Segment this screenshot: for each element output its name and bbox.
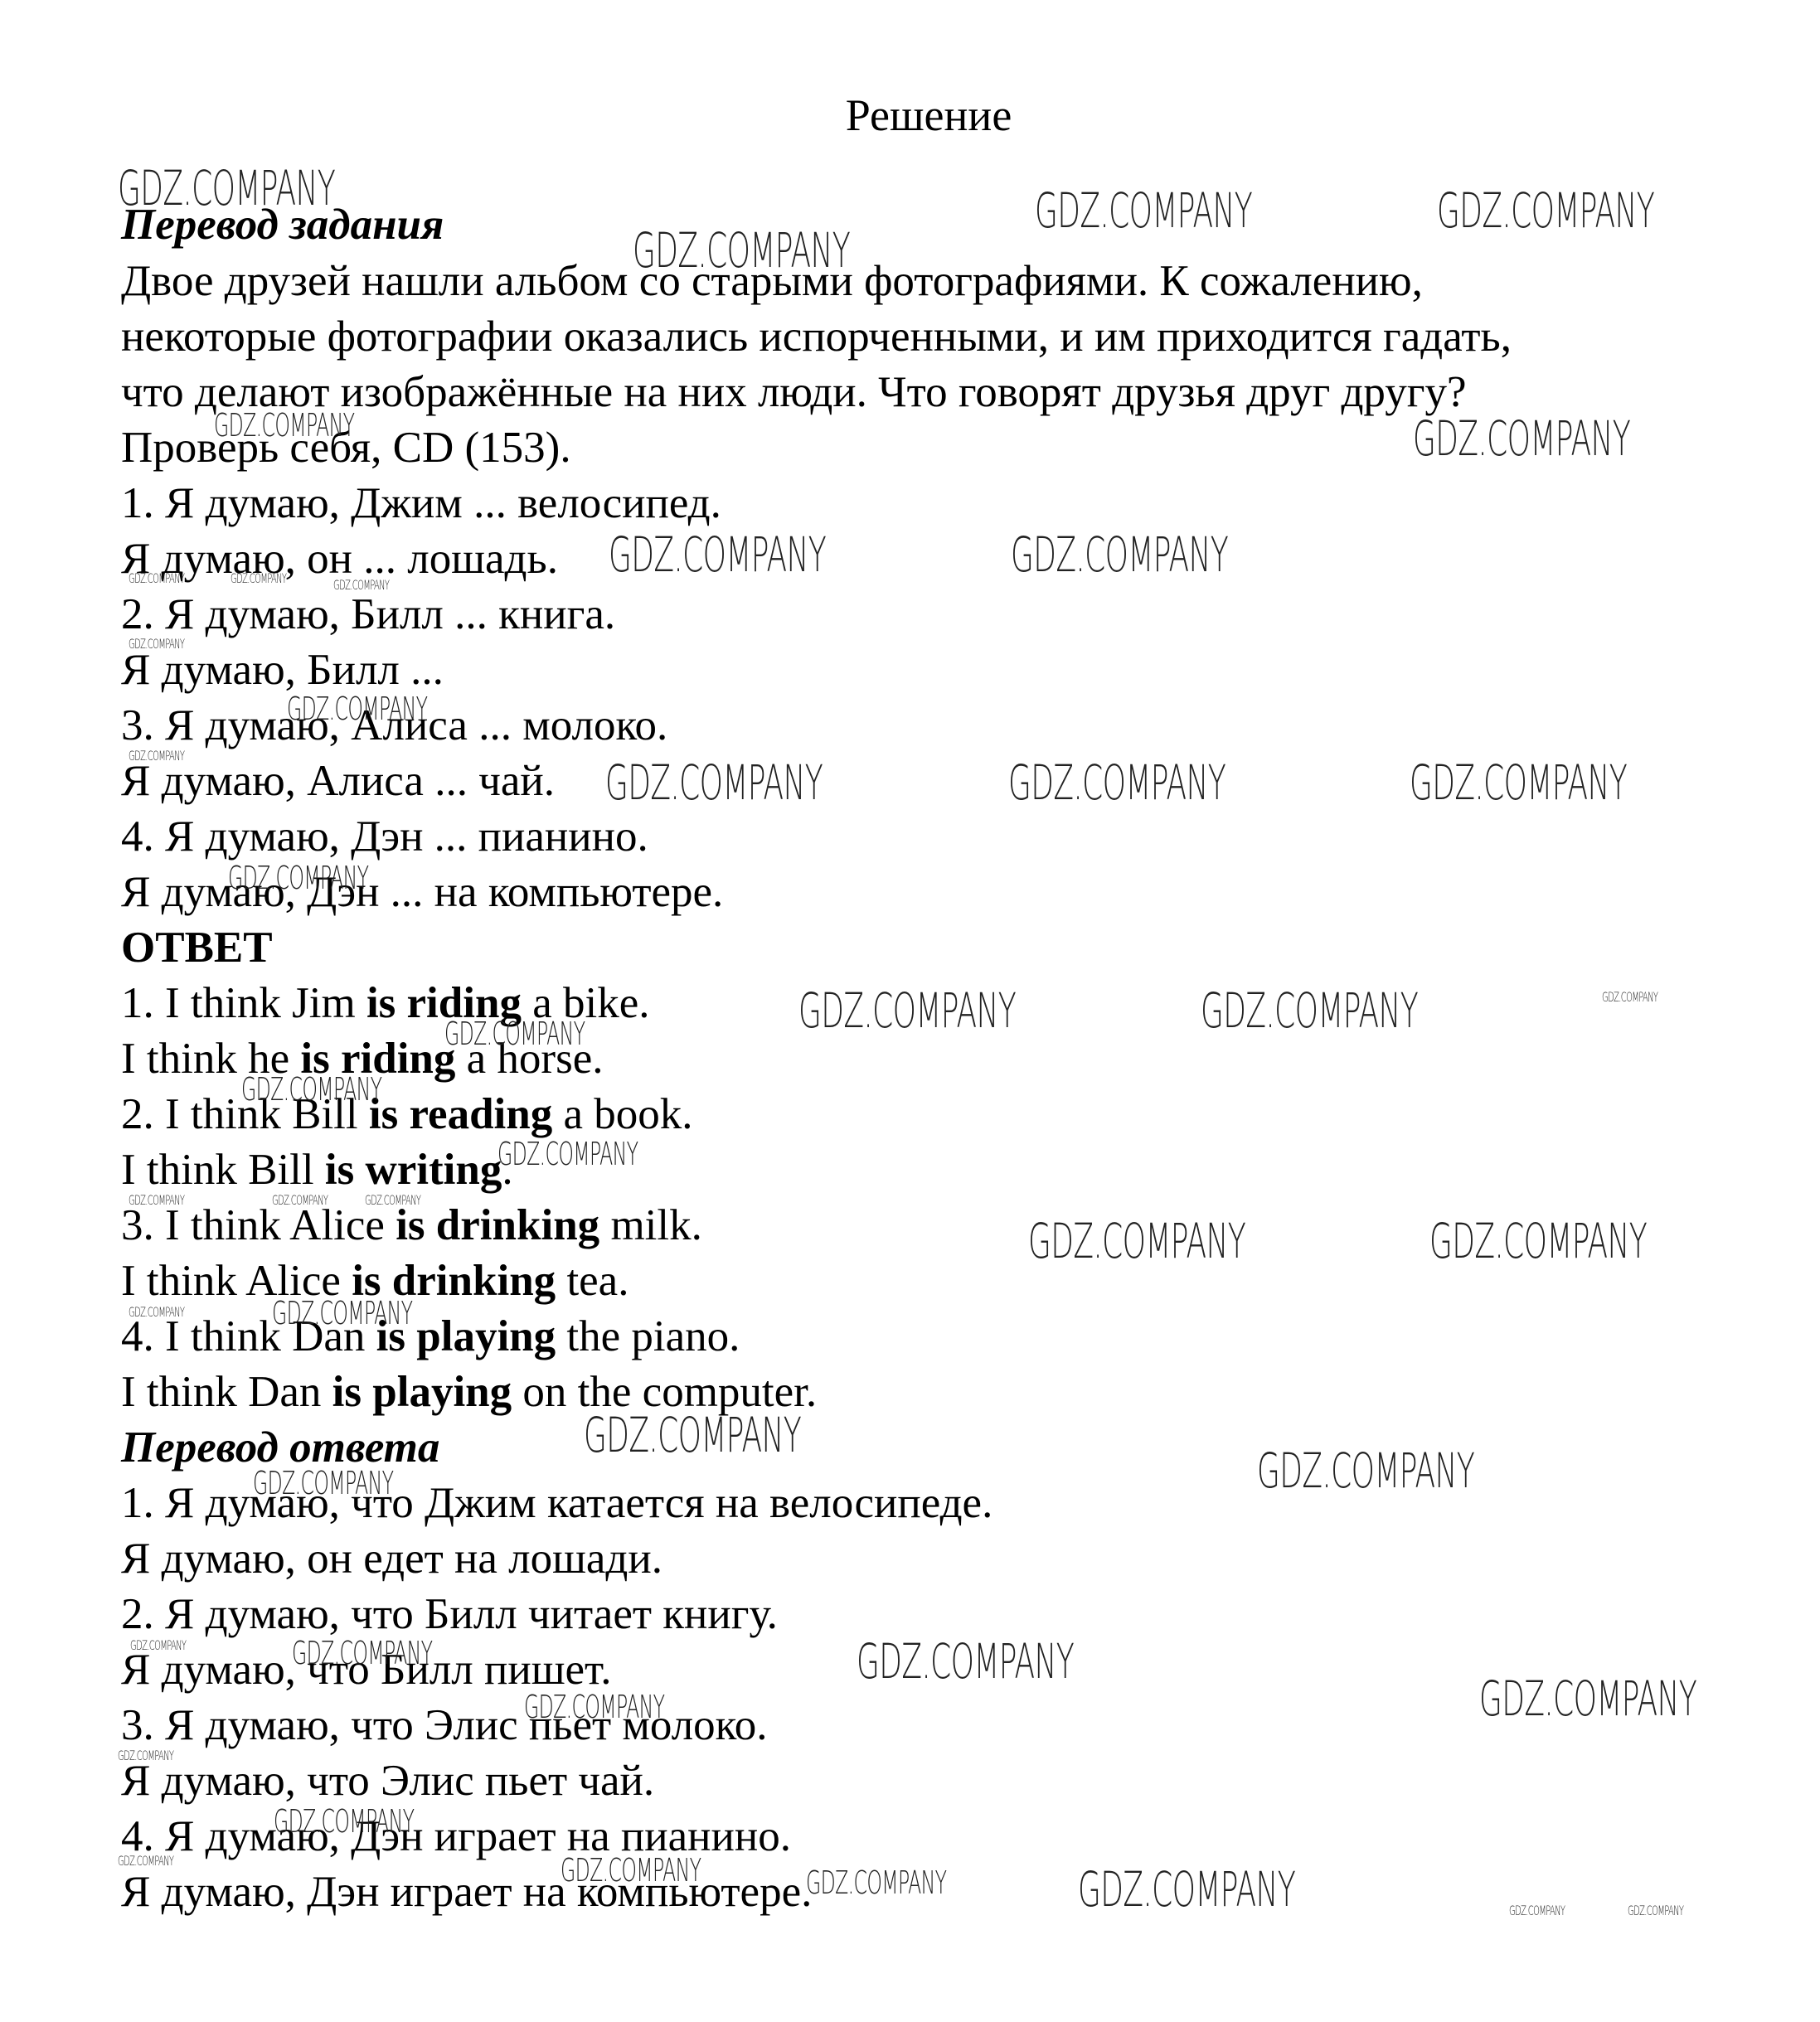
watermark: GDZ.COMPANY — [444, 1018, 585, 1050]
answer-heading: ОТВЕТ — [121, 926, 273, 970]
task-item: Я думаю, он ... лошадь. — [121, 537, 558, 581]
watermark: GDZ.COMPANY — [1429, 1217, 1647, 1265]
watermark: GDZ.COMPANY — [287, 693, 427, 725]
watermark: GDZ.COMPANY — [253, 1467, 393, 1499]
watermark: GDZ.COMPANY — [609, 531, 826, 579]
task-item: 1. Я думаю, Джим ... велосипед. — [121, 482, 721, 526]
watermark: GDZ.COMPANY — [129, 572, 184, 585]
task-text-line: некоторые фотографии оказались испорченн… — [121, 315, 1512, 359]
watermark: GDZ.COMPANY — [1410, 759, 1627, 807]
watermark: GDZ.COMPANY — [272, 1194, 328, 1207]
translation-line: 1. Я думаю, что Джим катается на велосип… — [121, 1481, 993, 1525]
watermark: GDZ.COMPANY — [228, 862, 368, 894]
watermark: GDZ.COMPANY — [524, 1691, 664, 1723]
watermark: GDZ.COMPANY — [231, 572, 286, 585]
translation-line: 2. Я думаю, что Билл читает книгу. — [121, 1593, 778, 1637]
watermark: GDZ.COMPANY — [1201, 987, 1418, 1035]
watermark: GDZ.COMPANY — [857, 1637, 1074, 1685]
watermark: GDZ.COMPANY — [129, 638, 184, 651]
watermark: GDZ.COMPANY — [561, 1855, 701, 1886]
watermark: GDZ.COMPANY — [129, 749, 184, 763]
watermark: GDZ.COMPANY — [1035, 187, 1252, 235]
watermark: GDZ.COMPANY — [633, 226, 850, 274]
watermark: GDZ.COMPANY — [241, 1074, 381, 1105]
watermark: GDZ.COMPANY — [130, 1639, 186, 1652]
watermark: GDZ.COMPANY — [118, 1855, 173, 1868]
watermark: GDZ.COMPANY — [365, 1194, 420, 1207]
watermark: GDZ.COMPANY — [118, 1749, 173, 1763]
translation-line: Я думаю, Дэн играет на компьютере. — [121, 1870, 812, 1914]
watermark: GDZ.COMPANY — [129, 1306, 184, 1319]
task-item: 4. Я думаю, Дэн ... пианино. — [121, 815, 648, 859]
watermark: GDZ.COMPANY — [1078, 1865, 1295, 1913]
answer-line: 2. I think Bill is reading a book. — [121, 1093, 693, 1137]
watermark: GDZ.COMPANY — [605, 759, 823, 807]
watermark: GDZ.COMPANY — [497, 1138, 638, 1170]
page-title: Решение — [0, 90, 1820, 141]
watermark: GDZ.COMPANY — [1479, 1675, 1696, 1723]
watermark: GDZ.COMPANY — [806, 1867, 946, 1898]
translation-line: Я думаю, что Элис пьет чай. — [121, 1759, 654, 1803]
watermark: GDZ.COMPANY — [1011, 531, 1228, 579]
watermark: GDZ.COMPANY — [1413, 415, 1630, 463]
watermark: GDZ.COMPANY — [118, 164, 335, 212]
watermark: GDZ.COMPANY — [798, 987, 1016, 1035]
answer-line: 3. I think Alice is drinking milk. — [121, 1204, 702, 1248]
task-item: Я думаю, Билл ... — [121, 648, 444, 692]
watermark: GDZ.COMPANY — [272, 1297, 412, 1329]
watermark: GDZ.COMPANY — [274, 1806, 414, 1837]
task-item: Я думаю, Дэн ... на компьютере. — [121, 870, 723, 914]
translation-heading: Перевод ответа — [121, 1426, 439, 1470]
translation-line: 3. Я думаю, что Элис пьет молоко. — [121, 1704, 767, 1748]
watermark: GDZ.COMPANY — [1509, 1904, 1565, 1918]
watermark: GDZ.COMPANY — [333, 579, 389, 592]
watermark: GDZ.COMPANY — [129, 1194, 184, 1207]
watermark: GDZ.COMPANY — [1602, 991, 1657, 1004]
watermark: GDZ.COMPANY — [584, 1411, 801, 1459]
task-item: Я думаю, Алиса ... чай. — [121, 759, 555, 803]
watermark: GDZ.COMPANY — [1008, 759, 1225, 807]
watermark: GDZ.COMPANY — [1628, 1904, 1683, 1918]
watermark: GDZ.COMPANY — [1257, 1447, 1474, 1495]
watermark: GDZ.COMPANY — [1028, 1217, 1245, 1265]
watermark: GDZ.COMPANY — [1437, 187, 1654, 235]
translation-line: Я думаю, он едет на лошади. — [121, 1537, 662, 1581]
task-item: 2. Я думаю, Билл ... книга. — [121, 593, 615, 637]
watermark: GDZ.COMPANY — [214, 410, 354, 441]
watermark: GDZ.COMPANY — [292, 1637, 432, 1669]
answer-line: 4. I think Dan is playing the piano. — [121, 1315, 740, 1359]
answer-line: I think Bill is writing. — [121, 1148, 513, 1192]
document-page: Решение Перевод задания Двое друзей нашл… — [0, 0, 1820, 2022]
